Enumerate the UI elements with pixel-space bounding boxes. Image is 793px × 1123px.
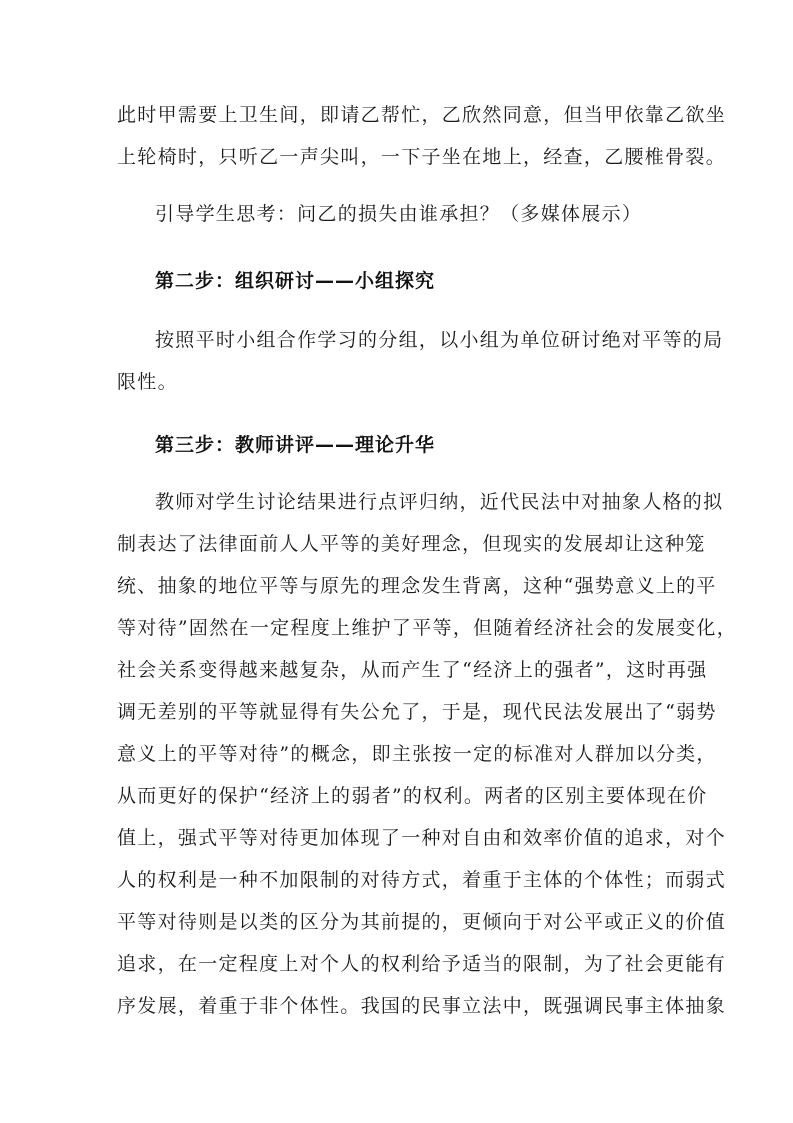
paragraph-3-line-2: 限性。: [117, 370, 682, 394]
paragraph-4-line-3: 统、抽象的地位平等与原先的理念发生背离，这种“强势意义上的平: [117, 574, 682, 598]
paragraph-4-line-12: 追求，在一定程度上对个人的权利给予适当的限制，为了社会更能有: [117, 952, 682, 976]
paragraph-4-line-7: 意义上的平等对待”的概念，即主张按一定的标准对人群加以分类，: [117, 742, 682, 766]
paragraph-4-line-2: 制表达了法律面前人人平等的美好理念，但现实的发展却让这种笼: [117, 532, 682, 556]
paragraph-4-line-4: 等对待”固然在一定程度上维护了平等，但随着经济社会的发展变化，: [117, 616, 682, 640]
heading-step-2: 第二步：组织研讨——小组探究: [155, 269, 435, 293]
paragraph-4-line-8: 从而更好的保护“经济上的弱者”的权利。两者的区别主要体现在价: [117, 784, 682, 808]
paragraph-2-line-1: 引导学生思考：问乙的损失由谁承担？（多媒体展示）: [155, 202, 682, 226]
heading-step-3: 第三步：教师讲评——理论升华: [155, 433, 435, 457]
paragraph-4-line-1: 教师对学生讨论结果进行点评归纳，近代民法中对抽象人格的拟: [155, 490, 682, 514]
paragraph-4-line-13: 序发展，着重于非个体性。我国的民事立法中，既强调民事主体抽象: [117, 994, 682, 1018]
paragraph-1-line-2: 上轮椅时，只听乙一声尖叫，一下子坐在地上，经查，乙腰椎骨裂。: [117, 145, 682, 169]
paragraph-4-line-9: 值上，强式平等对待更加体现了一种对自由和效率价值的追求，对个: [117, 826, 682, 850]
paragraph-4-line-10: 人的权利是一种不加限制的对待方式，着重于主体的个体性；而弱式: [117, 868, 682, 892]
paragraph-4-line-11: 平等对待则是以类的区分为其前提的，更倾向于对公平或正义的价值: [117, 910, 682, 934]
paragraph-1-line-1: 此时甲需要上卫生间，即请乙帮忙，乙欣然同意，但当甲依靠乙欲坐: [117, 103, 682, 127]
paragraph-4-line-6: 调无差别的平等就显得有失公允了，于是，现代民法发展出了“弱势: [117, 700, 682, 724]
paragraph-3-line-1: 按照平时小组合作学习的分组，以小组为单位研讨绝对平等的局: [155, 328, 682, 352]
paragraph-4-line-5: 社会关系变得越来越复杂，从而产生了“经济上的强者”，这时再强: [117, 658, 682, 682]
